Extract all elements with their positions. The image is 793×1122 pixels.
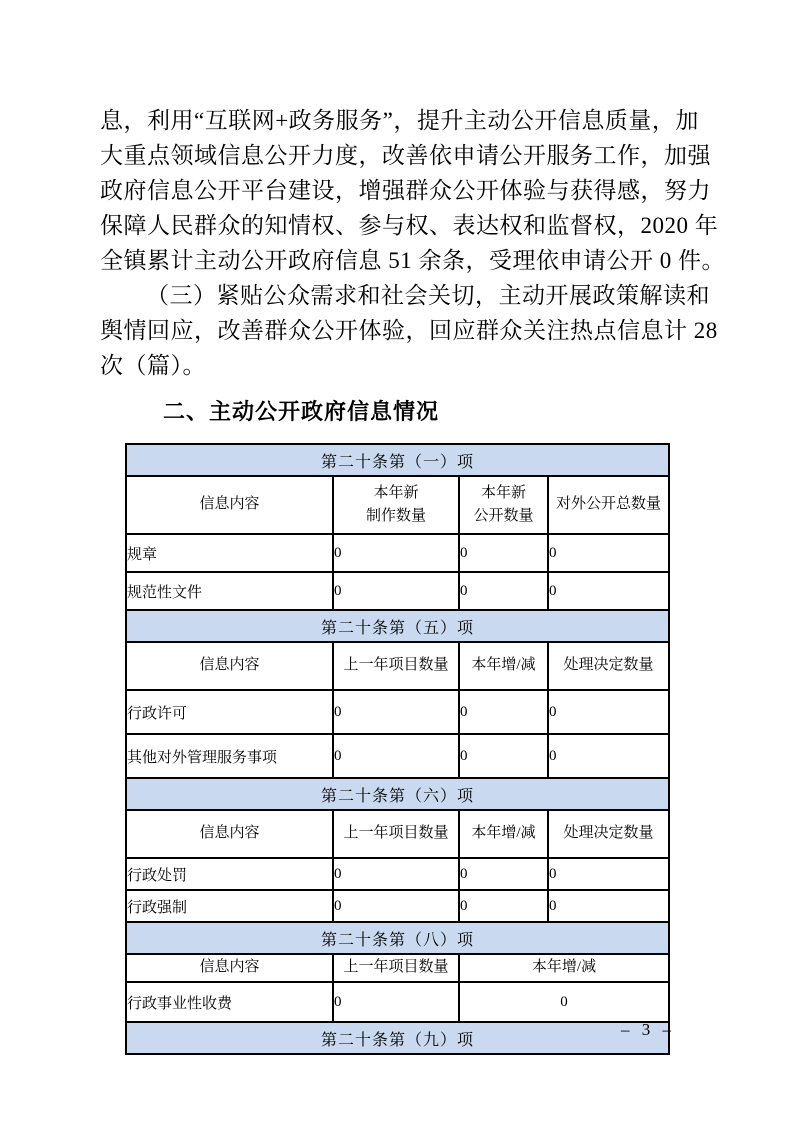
body-text-block: 息，利用“互联网+政务服务”，提升主动公开信息质量，加大重点领域信息公开力度，改… [100,103,689,383]
column-header-cell: 上一年项目数量 [333,810,459,858]
value-cell: 0 [548,890,669,922]
text-line: （三）紧贴公众需求和社会关切，主动开展政策解读和 [100,278,689,313]
row-label-cell: 行政许可 [126,690,333,734]
column-header-cell: 本年新 制作数量 [333,476,459,534]
paragraph: （三）紧贴公众需求和社会关切，主动开展政策解读和舆情回应，改善群众公开体验，回应… [100,278,689,383]
text-line: 政府信息公开平台建设，增强群众公开体验与获得感，努力 [100,173,689,208]
table-section-row: 第二十条第（八）项 [126,922,669,954]
table-section-title: 第二十条第（六）项 [126,778,669,810]
table-row: 规范性文件000 [126,572,669,610]
text-line: 全镇累计主动公开政府信息 51 余条，受理依申请公开 0 件。 [100,243,689,278]
value-cell: 0 [333,858,459,890]
column-header-cell: 信息内容 [126,954,333,982]
value-cell: 0 [459,890,548,922]
column-header-cell: 本年增/减 [459,810,548,858]
text-line: 大重点领域信息公开力度，改善依申请公开服务工作，加强 [100,138,689,173]
table-section-row: 第二十条第（五）项 [126,610,669,642]
value-cell: 0 [333,534,459,572]
table-header-row: 信息内容本年新 制作数量本年新 公开数量对外公开总数量 [126,476,669,534]
document-page: 息，利用“互联网+政务服务”，提升主动公开信息质量，加大重点领域信息公开力度，改… [0,0,793,1122]
text-line: 次（篇）。 [100,348,689,383]
column-header-cell: 处理决定数量 [548,810,669,858]
value-cell: 0 [333,572,459,610]
row-label-cell: 其他对外管理服务事项 [126,734,333,778]
value-cell: 0 [459,858,548,890]
table-body: 第二十条第（一）项信息内容本年新 制作数量本年新 公开数量对外公开总数量规章00… [126,444,669,1054]
table-row: 行政处罚000 [126,858,669,890]
table-section-row: 第二十条第（六）项 [126,778,669,810]
column-header-cell: 信息内容 [126,476,333,534]
table-section-row: 第二十条第（一）项 [126,444,669,476]
table-row: 其他对外管理服务事项000 [126,734,669,778]
table-section-title: 第二十条第（九）项 [126,1022,669,1054]
text-line: 息，利用“互联网+政务服务”，提升主动公开信息质量，加 [100,103,689,138]
table-row: 规章000 [126,534,669,572]
value-cell: 0 [333,690,459,734]
section-heading: 二、主动公开政府信息情况 [163,395,439,426]
table-section-title: 第二十条第（八）项 [126,922,669,954]
value-cell: 0 [548,858,669,890]
value-cell: 0 [459,572,548,610]
disclosure-statistics-table: 第二十条第（一）项信息内容本年新 制作数量本年新 公开数量对外公开总数量规章00… [125,443,670,1055]
column-header-cell: 上一年项目数量 [333,642,459,690]
value-cell: 0 [548,534,669,572]
value-cell: 0 [459,534,548,572]
table-row: 行政强制000 [126,890,669,922]
column-header-cell: 本年增/减 [459,954,669,982]
page-number: – 3 – [621,1020,675,1040]
row-label-cell: 规章 [126,534,333,572]
value-cell: 0 [333,890,459,922]
column-header-cell: 本年增/减 [459,642,548,690]
table-header-row: 信息内容上一年项目数量本年增/减 [126,954,669,982]
column-header-cell: 信息内容 [126,810,333,858]
value-cell: 0 [459,734,548,778]
table-header-row: 信息内容上一年项目数量本年增/减处理决定数量 [126,642,669,690]
row-label-cell: 行政强制 [126,890,333,922]
table-section-title: 第二十条第（五）项 [126,610,669,642]
table-section-title: 第二十条第（一）项 [126,444,669,476]
row-label-cell: 行政事业性收费 [126,982,333,1022]
column-header-cell: 上一年项目数量 [333,954,459,982]
value-cell: 0 [459,690,548,734]
table-header-row: 信息内容上一年项目数量本年增/减处理决定数量 [126,810,669,858]
paragraph: 息，利用“互联网+政务服务”，提升主动公开信息质量，加大重点领域信息公开力度，改… [100,103,689,278]
column-header-cell: 信息内容 [126,642,333,690]
column-header-cell: 对外公开总数量 [548,476,669,534]
column-header-cell: 本年新 公开数量 [459,476,548,534]
value-cell: 0 [333,734,459,778]
value-cell: 0 [548,572,669,610]
value-cell: 0 [548,734,669,778]
row-label-cell: 行政处罚 [126,858,333,890]
column-header-cell: 处理决定数量 [548,642,669,690]
table-row: 行政事业性收费00 [126,982,669,1022]
value-cell: 0 [459,982,669,1022]
table-section-row: 第二十条第（九）项 [126,1022,669,1054]
text-line: 舆情回应，改善群众公开体验，回应群众关注热点信息计 28 [100,313,689,348]
value-cell: 0 [548,690,669,734]
value-cell: 0 [333,982,459,1022]
row-label-cell: 规范性文件 [126,572,333,610]
text-line: 保障人民群众的知情权、参与权、表达权和监督权，2020 年 [100,208,689,243]
table-row: 行政许可000 [126,690,669,734]
